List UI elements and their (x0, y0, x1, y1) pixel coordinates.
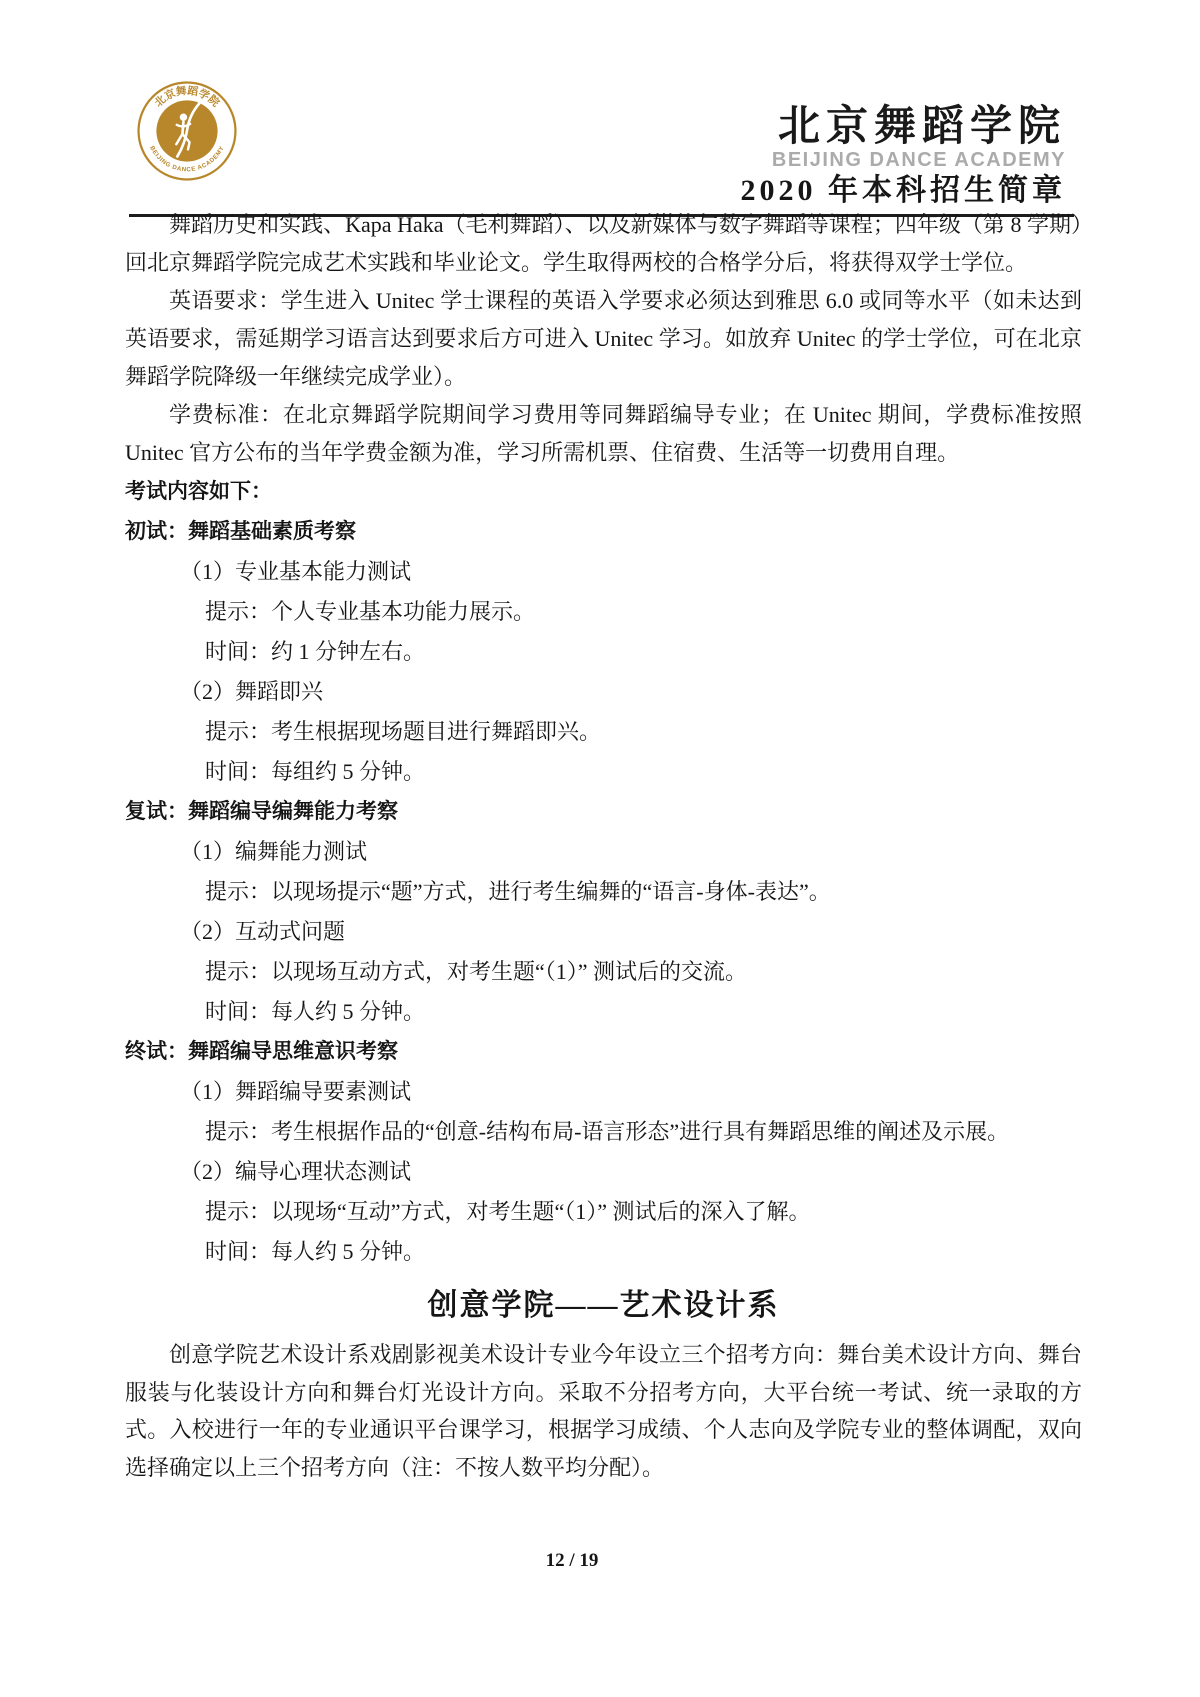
academy-logo: 北京舞蹈学院 BEIJING DANCE ACADEMY (136, 80, 238, 182)
exam-round-1-title: 初试：舞蹈基础素质考察 (125, 512, 1082, 552)
paragraph-creative-college: 创意学院艺术设计系戏剧影视美术设计专业今年设立三个招考方向：舞台美术设计方向、舞… (125, 1336, 1082, 1486)
exam-item-hint: 提示：考生根据现场题目进行舞蹈即兴。 (125, 712, 1082, 752)
exam-item-time: 时间：每人约 5 分钟。 (125, 1232, 1082, 1272)
document-page: 北京舞蹈学院 BEIJING DANCE ACADEMY 北京舞蹈学院 BEIJ… (0, 0, 1200, 1697)
exam-item: （1）舞蹈编导要素测试 (125, 1072, 1082, 1112)
exam-item-hint: 提示：考生根据作品的“创意-结构布局-语言形态”进行具有舞蹈思维的阐述及示展。 (125, 1112, 1082, 1152)
paragraph-program-courses: 舞蹈历史和实践、Kapa Haka（毛利舞蹈）、以及新媒体与数字舞蹈等课程；四年… (125, 206, 1082, 282)
exam-item-hint: 提示：以现场互动方式，对考生题“（1）” 测试后的交流。 (125, 952, 1082, 992)
exam-item: （1）编舞能力测试 (125, 832, 1082, 872)
paragraph-tuition-standard: 学费标准：在北京舞蹈学院期间学习费用等同舞蹈编导专业；在 Unitec 期间，学… (125, 396, 1082, 472)
exam-item: （1）专业基本能力测试 (125, 552, 1082, 592)
exam-round-3-title: 终试：舞蹈编导思维意识考察 (125, 1032, 1082, 1072)
exam-item-time: 时间：约 1 分钟左右。 (125, 632, 1082, 672)
exam-item-hint: 提示：以现场提示“题”方式，进行考生编舞的“语言-身体-表达”。 (125, 872, 1082, 912)
exam-item-time: 时间：每人约 5 分钟。 (125, 992, 1082, 1032)
paragraph-english-requirement: 英语要求：学生进入 Unitec 学士课程的英语入学要求必须达到雅思 6.0 或… (125, 282, 1082, 396)
page-content: 舞蹈历史和实践、Kapa Haka（毛利舞蹈）、以及新媒体与数字舞蹈等课程；四年… (125, 206, 1082, 1486)
exam-item-time: 时间：每组约 5 分钟。 (125, 752, 1082, 792)
page-number: 12 / 19 (0, 1550, 1144, 1572)
exam-item-hint: 提示：个人专业基本功能力展示。 (125, 592, 1082, 632)
header-titles: 北京舞蹈学院 BEIJING DANCE ACADEMY 2020 年本科招生简… (741, 106, 1067, 206)
brochure-subtitle: 2020 年本科招生简章 (741, 176, 1067, 206)
exam-item: （2）编导心理状态测试 (125, 1152, 1082, 1192)
department-section-heading: 创意学院——艺术设计系 (125, 1284, 1082, 1328)
exam-item: （2）互动式问题 (125, 912, 1082, 952)
exam-item-hint: 提示：以现场“互动”方式，对考生题“（1）” 测试后的深入了解。 (125, 1192, 1082, 1232)
academy-name-calligraphy: 北京舞蹈学院 (741, 106, 1067, 148)
exam-content-intro: 考试内容如下： (125, 472, 1082, 512)
academy-name-english: BEIJING DANCE ACADEMY (741, 150, 1067, 170)
academy-seal-icon: 北京舞蹈学院 BEIJING DANCE ACADEMY (136, 80, 238, 182)
exam-item: （2）舞蹈即兴 (125, 672, 1082, 712)
exam-round-2-title: 复试：舞蹈编导编舞能力考察 (125, 792, 1082, 832)
